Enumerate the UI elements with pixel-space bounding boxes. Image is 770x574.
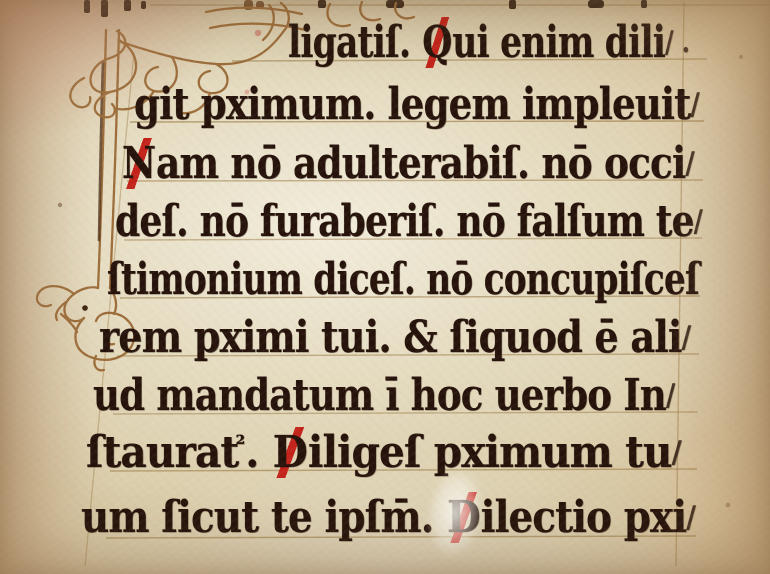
manuscript-line: ſtimonium diceſ. nō concupiſceſ [107, 256, 699, 304]
text-segment: am nō adulterabiſ. nō occi [156, 138, 685, 189]
text-segment: . [245, 427, 271, 478]
manuscript-line: ſtaurat². Diligeſ pximum tu/ [86, 429, 682, 477]
rubricated-initial-letter: D [446, 492, 481, 543]
text-segment: ſtimonium diceſ. nō concupiſceſ [107, 254, 699, 305]
manuscript-line: deſ. nō furaberiſ. nō falſum te/ [115, 198, 703, 246]
manuscript-line: rem pximi tui. & ſiquod ē ali/ [99, 314, 691, 362]
line-end-mark: / [685, 146, 694, 181]
text-block: ligatiſ. Qui enim dili/ .git pximum. leg… [0, 0, 770, 574]
text-segment: ui enim dili [452, 17, 665, 68]
text-segment: ud mandatum ī hoc uerbo In [93, 370, 666, 421]
rubricated-initial-letter: N [121, 138, 156, 189]
line-end-mark: / [682, 320, 692, 355]
rubricated-initial-letter: D [272, 427, 308, 478]
manuscript-line: um ſicut te ipſm̄. Dilectio pxi/ [81, 494, 696, 542]
text-segment: ilectio pxi [481, 492, 687, 543]
line-end-mark: / . [665, 25, 690, 60]
text-segment: rem pximi tui. & ſiquod ē ali [99, 312, 682, 363]
text-segment: ſtaurat [86, 427, 238, 478]
manuscript-line: ligatiſ. Qui enim dili/ . [288, 19, 690, 67]
manuscript-line: Nam nō adulterabiſ. nō occi/ [121, 140, 695, 188]
line-end-mark: / [672, 435, 682, 470]
text-segment: deſ. nō furaberiſ. nō falſum te [115, 196, 694, 247]
abbreviation-mark: ² [235, 429, 245, 458]
line-end-mark: / [666, 378, 675, 413]
text-segment: um ſicut te ipſm̄. [81, 492, 446, 543]
text-segment: ligatiſ. [288, 17, 421, 68]
text-segment: git pximum. legem impleuit [134, 79, 690, 130]
text-segment: iligeſ pximum tu [308, 427, 672, 478]
line-end-mark: / [686, 500, 696, 535]
manuscript-photo: ligatiſ. Qui enim dili/ .git pximum. leg… [0, 0, 770, 574]
manuscript-line: ud mandatum ī hoc uerbo In/ [93, 372, 675, 420]
line-end-mark: / [690, 87, 699, 122]
manuscript-line: git pximum. legem impleuit/ [134, 81, 700, 129]
rubricated-initial-letter: Q [421, 17, 452, 68]
line-end-mark: / [694, 204, 703, 239]
